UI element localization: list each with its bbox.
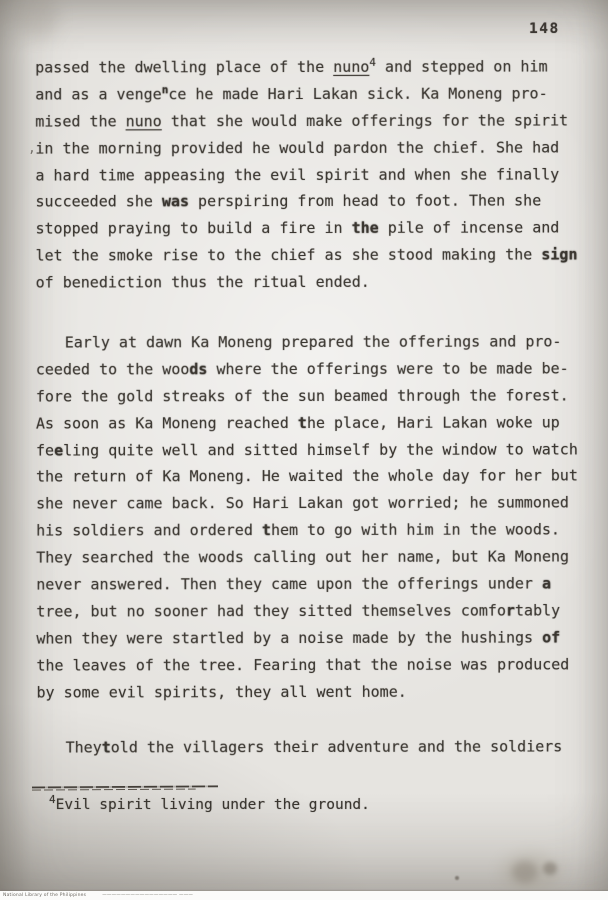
- text-line: a hard time appeasing the evil spirit an…: [35, 161, 577, 189]
- text-segment: where the offerings were to be made be-: [207, 359, 568, 378]
- text-line: stopped praying to build a fire in the p…: [36, 215, 578, 243]
- digitization-footer-strip: National Library of the Philippines ————…: [0, 891, 608, 900]
- text-segment: tree, but no sooner had they sitted them…: [36, 601, 506, 620]
- overstruck-text: was: [162, 193, 189, 211]
- paragraph-2: Early at dawn Ka Moneng prepared the off…: [36, 328, 579, 706]
- text-line: Early at dawn Ka Moneng prepared the off…: [36, 328, 578, 356]
- text-segment: ceeded to the woo: [36, 360, 190, 378]
- text-line: the leaves of the tree. Fearing that the…: [36, 651, 578, 679]
- text-segment: ce he made Hari Lakan sick. Ka Moneng pr…: [168, 84, 547, 103]
- text-segment: let the smoke rise to the chief as she s…: [36, 246, 542, 265]
- text-line: the return of Ka Moneng. He waited the w…: [36, 463, 578, 491]
- text-line: ceeded to the woods where the offerings …: [36, 355, 578, 383]
- text-line: succeeded she was perspiring from head t…: [35, 188, 577, 216]
- overstruck-text: t: [298, 414, 307, 432]
- overstruck-text: ds: [189, 360, 207, 378]
- superscript-mark: 4: [49, 793, 56, 806]
- text-segment: the return of Ka Moneng. He waited the w…: [36, 467, 578, 486]
- overstruck-text: of: [542, 628, 560, 646]
- text-line: never answered. Then they came upon the …: [36, 570, 578, 598]
- paragraph-3: Theytold the villagers their adventure a…: [37, 733, 563, 761]
- microtext-code: ———————————————— ———: [102, 893, 193, 898]
- text-segment: succeeded she: [35, 193, 161, 211]
- text-segment: the leaves of the tree. Fearing that the…: [36, 655, 569, 674]
- text-segment: and stepped on him: [376, 57, 548, 75]
- text-segment: that she would make offerings for the sp…: [162, 111, 568, 130]
- text-line: by some evil spirits, they all went home…: [36, 678, 578, 706]
- scanned-page: 148 passed the dwelling place of the nun…: [0, 0, 608, 900]
- text-segment: fe: [36, 441, 54, 459]
- text-segment: of benediction thus the ritual ended.: [36, 273, 370, 292]
- text-line: As soon as Ka Moneng reached the place, …: [36, 409, 578, 437]
- text-line: They searched the woods calling out her …: [36, 544, 578, 572]
- superscript-mark: n: [162, 77, 169, 104]
- text-segment: when they were startled by a noise made …: [36, 628, 542, 647]
- text-line: mised the nuno that she would make offer…: [35, 107, 577, 135]
- text-segment: in the morning provided he would pardon …: [35, 138, 559, 157]
- overstruck-text: t: [262, 521, 271, 539]
- text-segment: and as a venge: [35, 85, 161, 103]
- superscript-mark: 4: [369, 50, 376, 77]
- text-segment: Evil spirit living under the ground.: [56, 797, 370, 813]
- footnote: 4Evil spirit living under the ground.: [49, 797, 370, 813]
- text-line: fore the gold streaks of the sun beamed …: [36, 382, 578, 410]
- text-line: let the smoke rise to the chief as she s…: [36, 242, 578, 270]
- text-line: his soldiers and ordered them to go with…: [36, 517, 578, 545]
- text-segment: hem to go with him in the woods.: [271, 521, 560, 540]
- paragraph-1: passed the dwelling place of the nuno4 a…: [35, 53, 577, 296]
- text-segment: a hard time appeasing the evil spirit an…: [35, 165, 559, 184]
- text-line: she never came back. So Hari Lakan got w…: [36, 490, 578, 518]
- overstruck-text: the: [352, 219, 379, 237]
- text-line: when they were startled by a noise made …: [36, 624, 578, 652]
- text-segment: As soon as Ka Moneng reached: [36, 414, 298, 433]
- underlined-word: nuno: [333, 58, 369, 76]
- underlined-word: nuno: [126, 112, 162, 130]
- text-segment: stopped praying to build a fire in: [36, 219, 352, 238]
- text-segment: They searched the woods calling out her …: [36, 548, 569, 567]
- text-segment: pile of incense and: [379, 219, 560, 237]
- text-line: passed the dwelling place of the nuno4 a…: [35, 53, 577, 81]
- text-segment: perspiring from head to foot. Then she: [189, 192, 541, 211]
- overstruck-text: r: [506, 601, 515, 619]
- text-segment: fore the gold streaks of the sun beamed …: [36, 386, 569, 405]
- overstruck-text: t: [102, 738, 111, 756]
- text-segment: never answered. Then they came upon the …: [36, 575, 542, 594]
- text-body: passed the dwelling place of the nuno4 a…: [0, 0, 608, 900]
- text-segment: his soldiers and ordered: [36, 521, 262, 539]
- text-segment: Early at dawn Ka Moneng prepared the off…: [65, 332, 562, 351]
- text-line: Theytold the villagers their adventure a…: [37, 733, 563, 761]
- stray-typewriter-mark: ,: [28, 141, 36, 156]
- text-segment: tably: [515, 601, 560, 619]
- text-line: feeling quite well and sitted himself by…: [36, 436, 578, 464]
- overstruck-text: a: [542, 574, 551, 592]
- text-segment: They: [66, 738, 102, 756]
- text-segment: mised the: [35, 112, 125, 130]
- overstruck-text: sign: [541, 246, 577, 264]
- overstruck-text: e: [54, 441, 63, 459]
- text-line: tree, but no sooner had they sitted them…: [36, 597, 578, 625]
- text-segment: he place, Hari Lakan woke up: [307, 413, 560, 432]
- text-segment: she never came back. So Hari Lakan got w…: [36, 494, 569, 513]
- text-segment: ling quite well and sitted himself by th…: [63, 440, 578, 459]
- text-segment: old the villagers their adventure and th…: [111, 737, 563, 756]
- text-segment: by some evil spirits, they all went home…: [36, 682, 406, 701]
- text-line: and as a vengence he made Hari Lakan sic…: [35, 80, 577, 108]
- text-line: in the morning provided he would pardon …: [35, 134, 577, 162]
- text-segment: passed the dwelling place of the: [35, 58, 333, 77]
- text-line: of benediction thus the ritual ended.: [36, 269, 578, 297]
- microtext-library-name: National Library of the Philippines: [3, 893, 86, 898]
